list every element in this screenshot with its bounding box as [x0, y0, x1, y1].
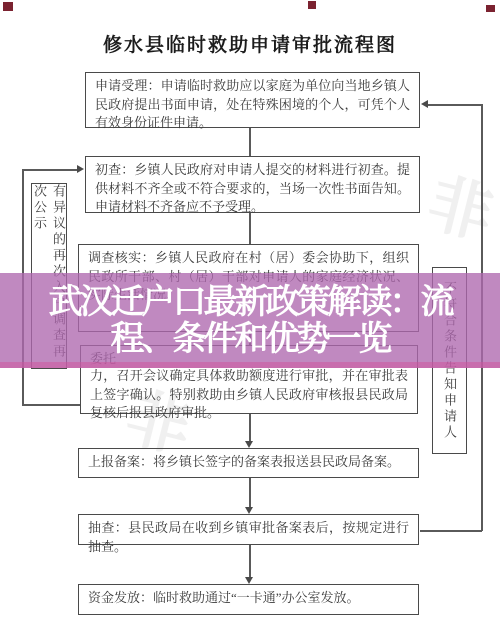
flow-box-filing-text: 上报备案：将乡镇长签字的备案表报送县民政局备案。	[88, 454, 400, 469]
flow-box-initial-review-text: 初查：乡镇人民政府对申请人提交的材料进行初查。提供材料不齐全或不符合要求的，当场…	[95, 162, 410, 214]
left-loop-top-segment	[22, 169, 78, 171]
connector-filing-spotcheck	[249, 478, 251, 508]
promo-overlay-banner: 武汉迁户口最新政策解读：流 程、条件和优势一览	[0, 273, 500, 368]
flow-box-filing: 上报备案：将乡镇长签字的备案表报送县民政局备案。	[78, 448, 419, 478]
page-title: 修水县临时救助申请审批流程图	[0, 30, 500, 57]
flow-box-acceptance-text: 申请受理：申请临时救助应以家庭为单位向当地乡镇人民政府提出书面申请，处在特殊困境…	[95, 78, 410, 130]
flow-box-disbursement-text: 资金发放：临时救助通过“一卡通”办公室发放。	[88, 590, 360, 605]
arrow-down-icon	[245, 507, 253, 514]
flowchart-page: 修水县临时救助申请审批流程图 申请受理：申请临时救助应以家庭为单位向当地乡镇人民…	[0, 0, 500, 641]
arrow-right-icon	[77, 165, 84, 173]
flow-box-approval-text: 力，召开会议确定具体救助额度进行审批，并在审批表上签字确认。特别救助由乡镇人民政…	[90, 367, 408, 423]
connector-spotcheck-disbursement	[249, 545, 251, 578]
crop-artifact-center	[308, 1, 316, 9]
right-loop-top-segment	[428, 104, 482, 106]
flow-box-spot-check: 抽查：县民政局在收到乡镇审批备案表后，按规定进行抽查。	[78, 514, 419, 545]
arrow-left-icon	[421, 100, 428, 108]
promo-overlay-line-1: 武汉迁户口最新政策解读：流	[49, 284, 452, 321]
promo-overlay-line-2: 程、条件和优势一览	[111, 321, 390, 358]
connector-accept-initial	[249, 127, 251, 157]
connector-initial-investigation	[249, 213, 251, 244]
crop-artifact-left	[3, 2, 13, 11]
flow-box-acceptance: 申请受理：申请临时救助应以家庭为单位向当地乡镇人民政府提出书面申请，处在特殊困境…	[85, 72, 420, 128]
crop-artifact-right	[486, 5, 495, 12]
arrow-down-icon	[245, 577, 253, 584]
arrow-down-icon	[245, 441, 253, 448]
watermark-glyph: 非	[420, 152, 500, 257]
flow-box-initial-review: 初查：乡镇人民政府对申请人提交的材料进行初查。提供材料不齐全或不符合要求的，当场…	[85, 156, 420, 213]
flow-box-disbursement: 资金发放：临时救助通过“一卡通”办公室发放。	[78, 584, 419, 615]
left-loop-bottom-segment	[22, 404, 80, 406]
right-loop-bottom-segment	[420, 530, 482, 532]
